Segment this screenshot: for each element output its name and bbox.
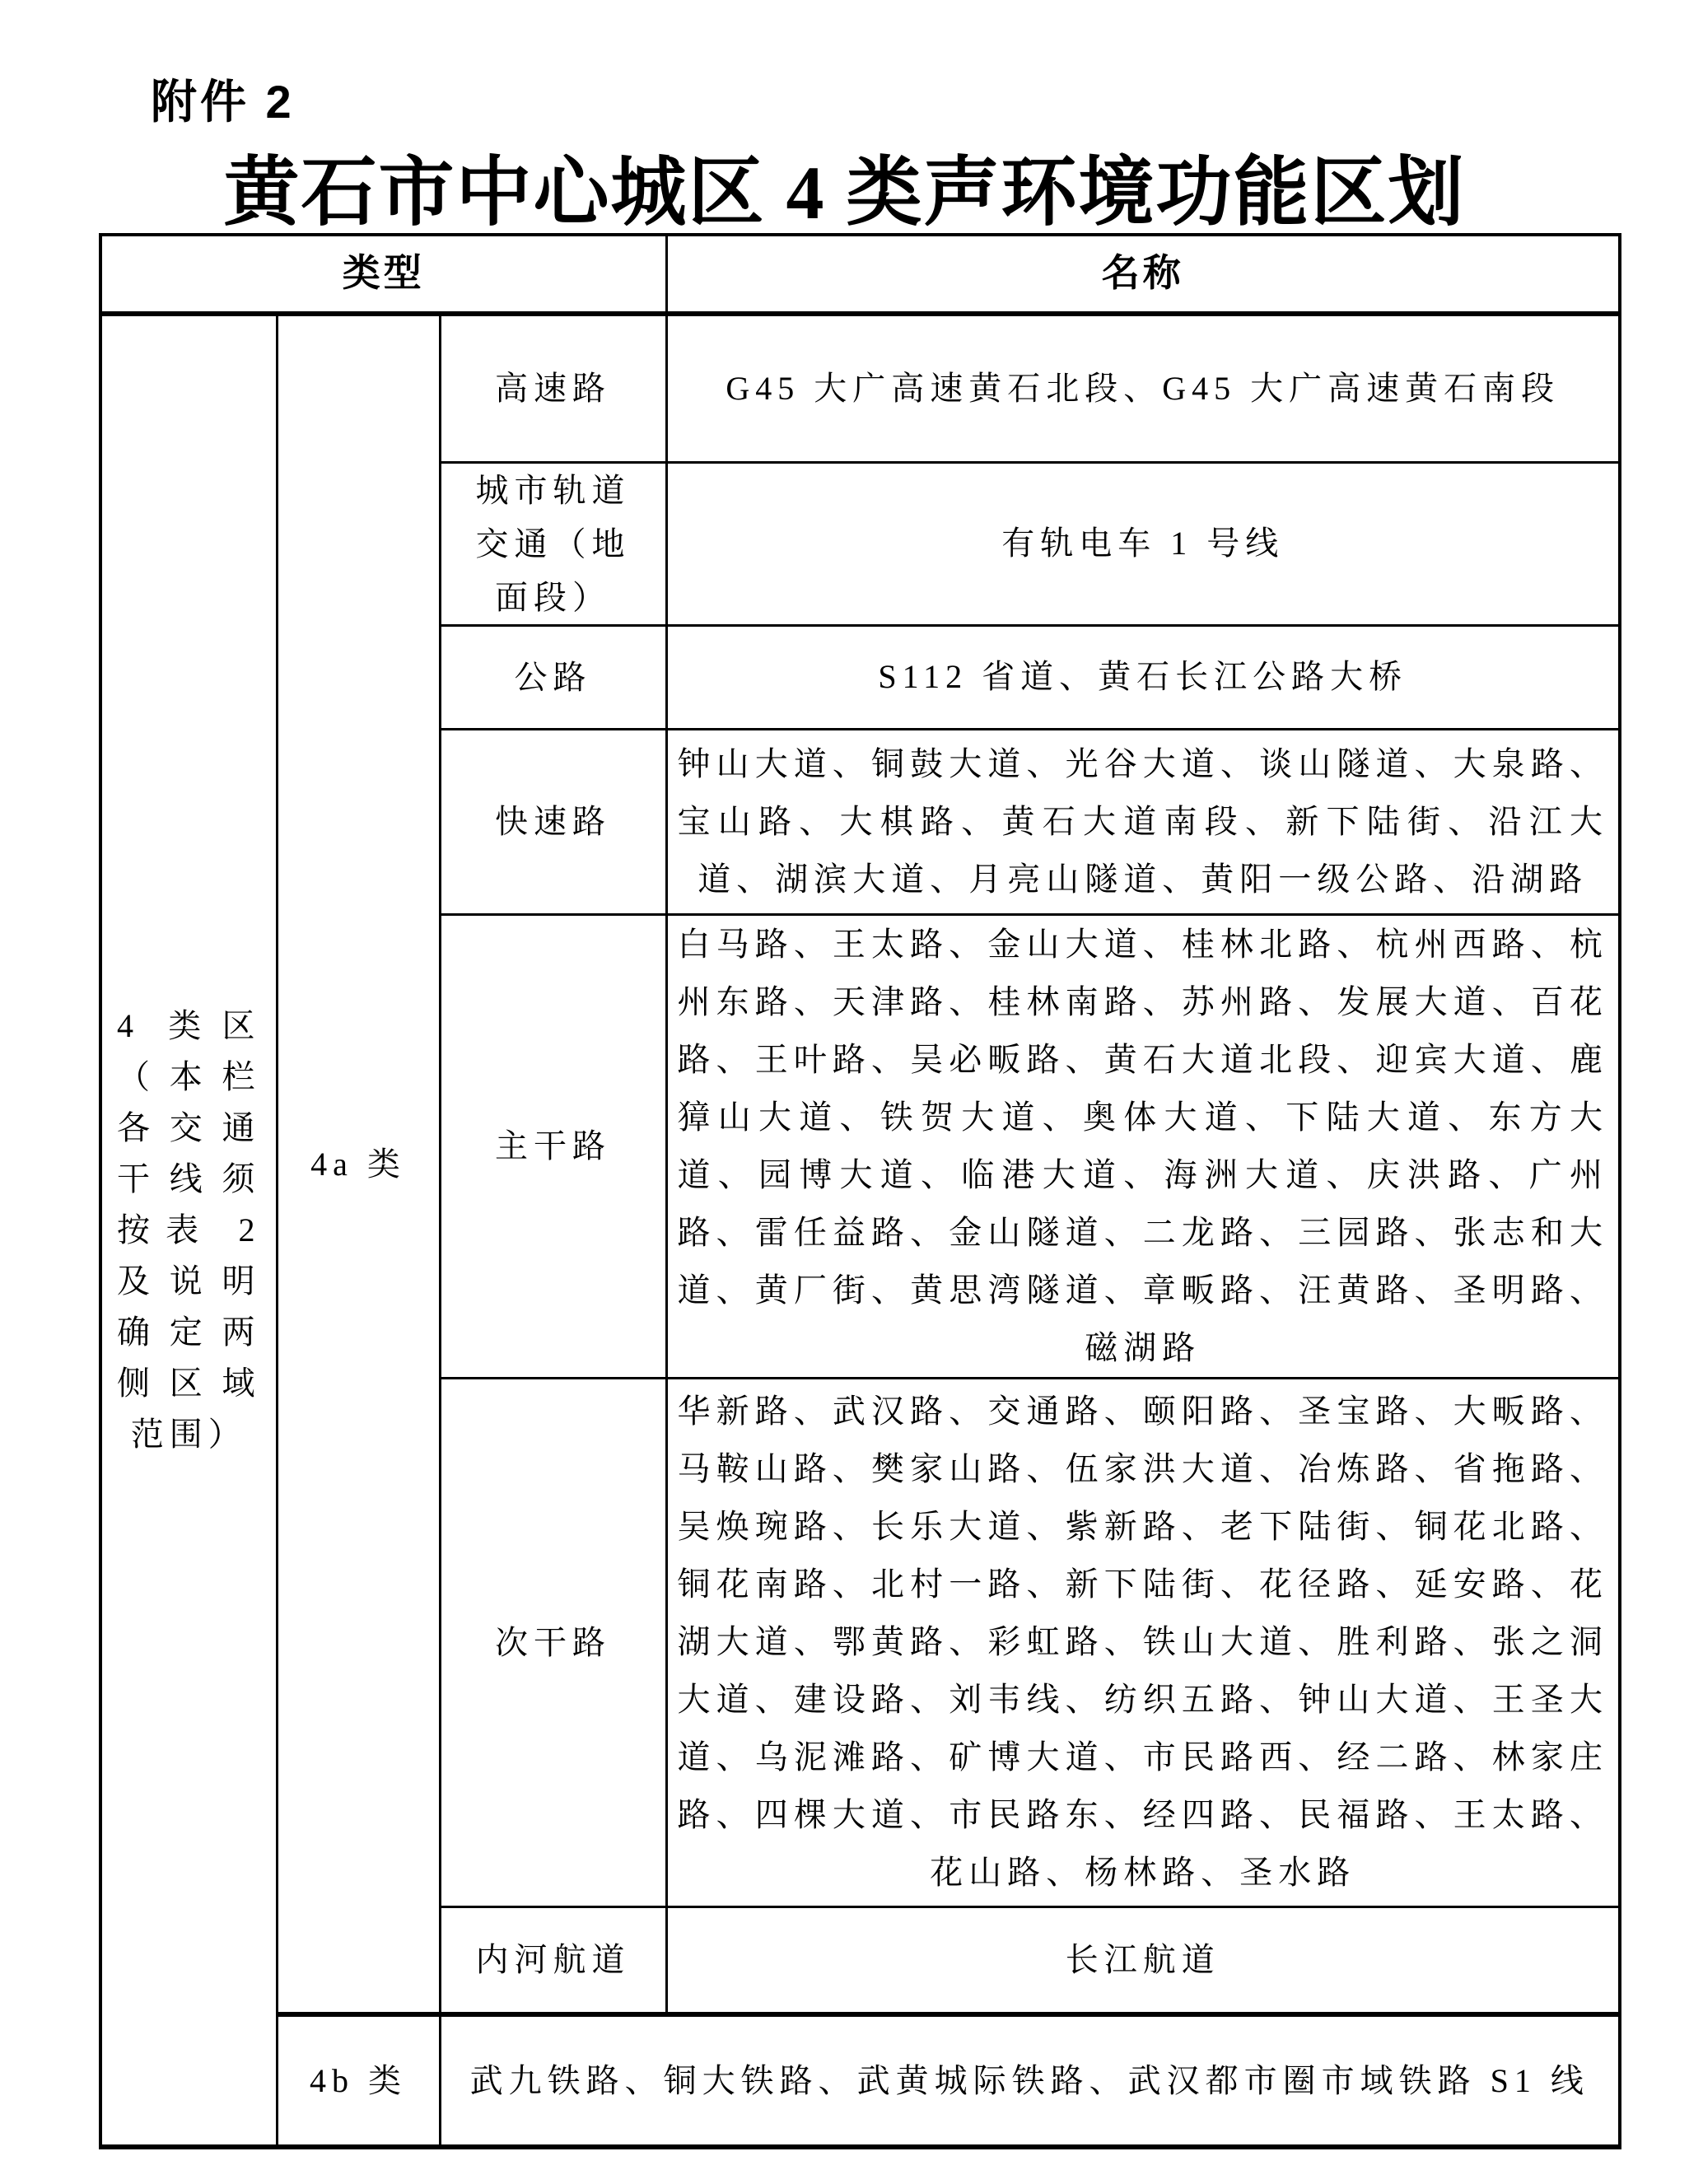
class-4b-cell: 4b 类 [277, 2014, 440, 2147]
table-row-highway: 4 类区（本栏各交通干线须按表 2 及说明确定两侧区域范围） 4a 类 高速路 … [100, 314, 1620, 462]
category-cell-road: 公路 [440, 625, 666, 729]
name-cell-waterway: 长江航道 [666, 1906, 1620, 2014]
category-cell-secondary-road: 次干路 [440, 1378, 666, 1906]
name-cell-secondary-road: 华新路、武汉路、交通路、颐阳路、圣宝路、大畈路、马鞍山路、樊家山路、伍家洪大道、… [666, 1378, 1620, 1906]
category-cell-fast-road: 快速路 [440, 729, 666, 914]
name-cell-rail-transit: 有轨电车 1 号线 [666, 462, 1620, 625]
name-cell-expressway: G45 大广高速黄石北段、G45 大广高速黄石南段 [666, 314, 1620, 462]
table-row-class-4b: 4b 类 武九铁路、铜大铁路、武黄城际铁路、武汉都市圈市域铁路 S1 线 [100, 2014, 1620, 2147]
document-page: 附件 2 黄石市中心城区 4 类声环境功能区划 类型 名称 4 类区（本栏各交通… [0, 0, 1689, 2184]
header-type-cell: 类型 [100, 235, 666, 314]
zoning-table: 类型 名称 4 类区（本栏各交通干线须按表 2 及说明确定两侧区域范围） 4a … [99, 233, 1621, 2149]
category-cell-rail-transit: 城市轨道交通（地面段） [440, 462, 666, 625]
name-cell-main-road: 白马路、王太路、金山大道、桂林北路、杭州西路、杭州东路、天津路、桂林南路、苏州路… [666, 914, 1620, 1378]
category-cell-expressway: 高速路 [440, 314, 666, 462]
name-cell-fast-road: 钟山大道、铜鼓大道、光谷大道、谈山隧道、大泉路、宝山路、大棋路、黄石大道南段、新… [666, 729, 1620, 914]
category-cell-waterway: 内河航道 [440, 1906, 666, 2014]
zone-group-cell: 4 类区（本栏各交通干线须按表 2 及说明确定两侧区域范围） [100, 314, 277, 2147]
category-cell-main-road: 主干路 [440, 914, 666, 1378]
table-header-row: 类型 名称 [100, 235, 1620, 314]
name-cell-class-4b: 武九铁路、铜大铁路、武黄城际铁路、武汉都市圈市域铁路 S1 线 [440, 2014, 1620, 2147]
attachment-label: 附件 2 [151, 66, 295, 132]
header-name-cell: 名称 [666, 235, 1620, 314]
name-cell-road: S112 省道、黄石长江公路大桥 [666, 625, 1620, 729]
page-title: 黄石市中心城区 4 类声环境功能区划 [0, 132, 1689, 240]
class-4a-cell: 4a 类 [277, 314, 440, 2014]
